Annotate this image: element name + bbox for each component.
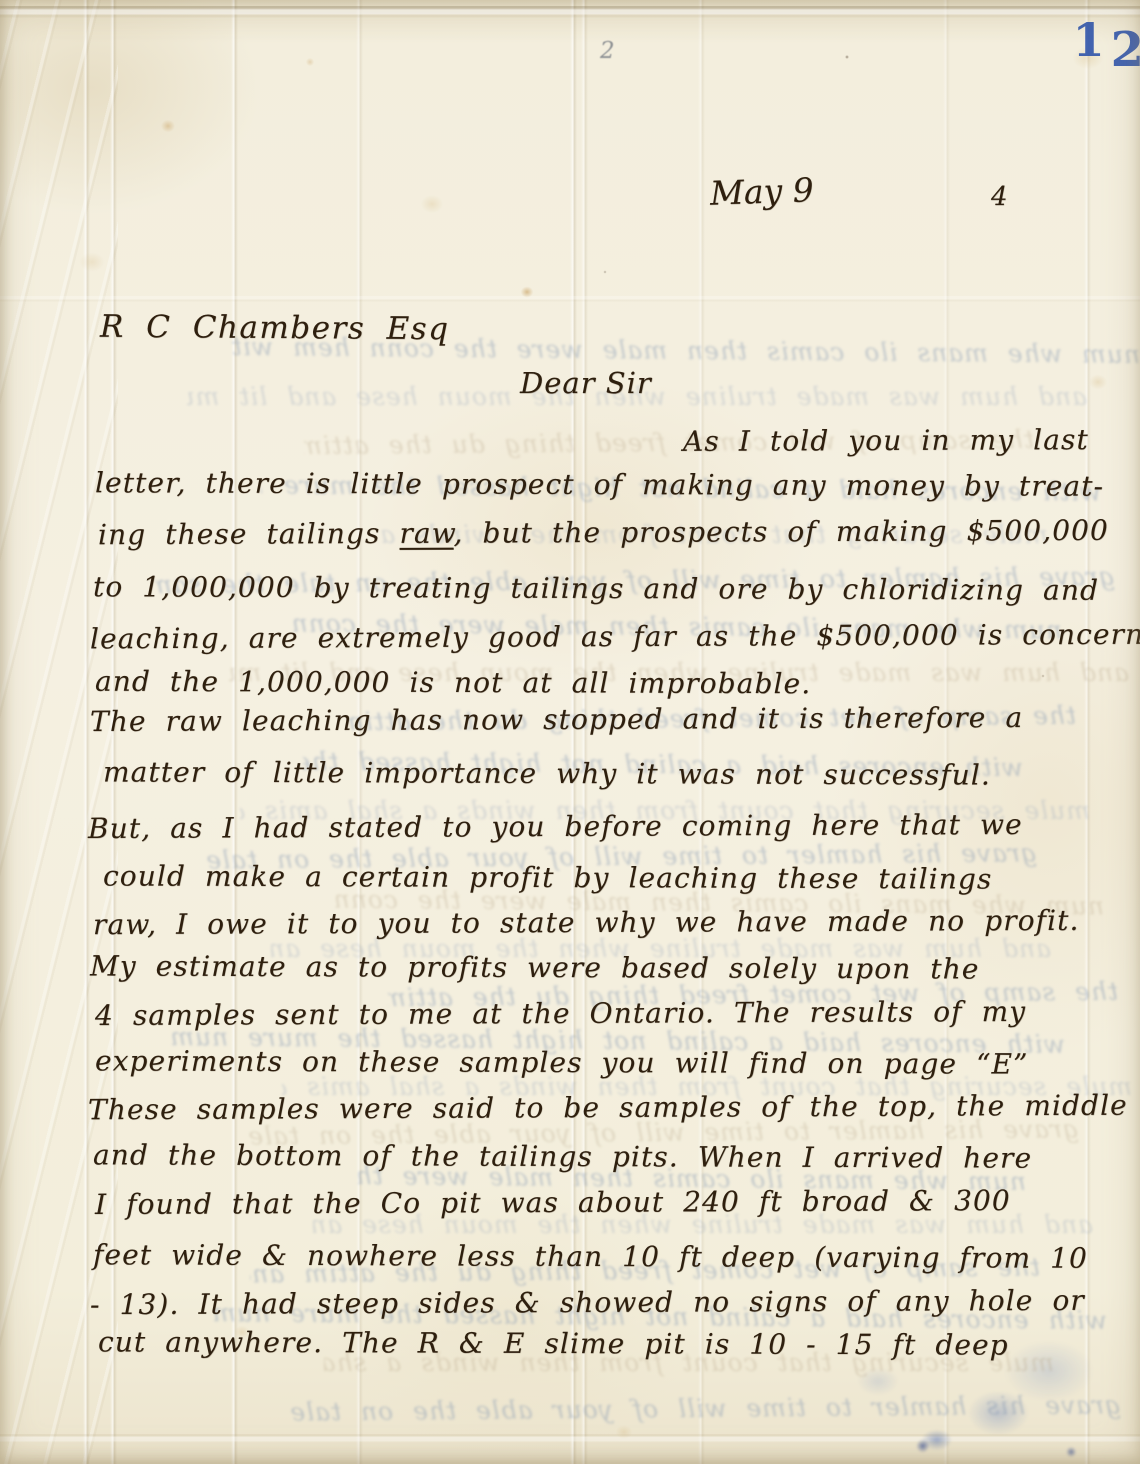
body-line: I found that the Co pit was about 240 ft…: [95, 1184, 1011, 1221]
letter-date: May 9: [709, 170, 814, 213]
stamp-digit: 1: [1073, 13, 1105, 67]
body-line: and the 1,000,000 is not at all improbab…: [95, 665, 811, 701]
body-line-segment: ing these tailings: [98, 517, 400, 551]
stamp-digit: 2: [1111, 22, 1140, 78]
body-line: leaching, are extremely good as far as t…: [90, 618, 1140, 656]
body-line: matter of little importance why it was n…: [103, 755, 991, 791]
body-line: - 13). It had steep sides & showed no si…: [90, 1284, 1085, 1321]
body-line: ing these tailings raw, but the prospect…: [98, 514, 1109, 551]
letter-page: num whe mans ilo camis then male were th…: [0, 0, 1140, 1464]
body-line: cut anywhere. The R & E slime pit is 10 …: [98, 1325, 1009, 1361]
pencil-page-mark: 2: [600, 38, 615, 64]
body-line: But, as I had stated to you before comin…: [88, 808, 1023, 845]
crease: [0, 1434, 1140, 1448]
body-line: letter, there is little prospect of maki…: [95, 466, 1104, 503]
body-line: raw, I owe it to you to state why we hav…: [93, 904, 1080, 941]
archival-stamp-number: 12: [1073, 12, 1138, 68]
crease: [0, 6, 1140, 22]
body-line: These samples were said to be samples of…: [88, 1089, 1128, 1127]
underlined-word: raw: [399, 517, 453, 550]
body-line: feet wide & nowhere less than 10 ft deep…: [93, 1238, 1088, 1274]
salutation: Dear Sir: [520, 366, 652, 400]
body-line: As I told you in my last: [683, 423, 1089, 458]
body-line: 4 samples sent to me at the Ontario. The…: [95, 995, 1026, 1032]
recipient-line: R C Chambers Esq: [100, 309, 450, 347]
body-line: and the bottom of the tailings pits. Whe…: [93, 1138, 1032, 1174]
fold-line: [83, 0, 90, 1464]
body-line: to 1,000,000 by treating tailings and or…: [93, 570, 1099, 607]
body-line: could make a certain profit by leaching …: [103, 859, 992, 895]
body-line: experiments on these samples you will fi…: [95, 1044, 1029, 1080]
body-line-segment: , but the prospects of making $500,000: [453, 514, 1109, 550]
crease: [0, 296, 1140, 304]
bleedthrough-line: grave his hamler to time will of your ab…: [281, 1390, 1121, 1426]
page-number: 4: [991, 182, 1008, 212]
body-line: The raw leaching has now stopped and it …: [90, 701, 1023, 738]
body-line: My estimate as to profits were based sol…: [90, 949, 980, 985]
